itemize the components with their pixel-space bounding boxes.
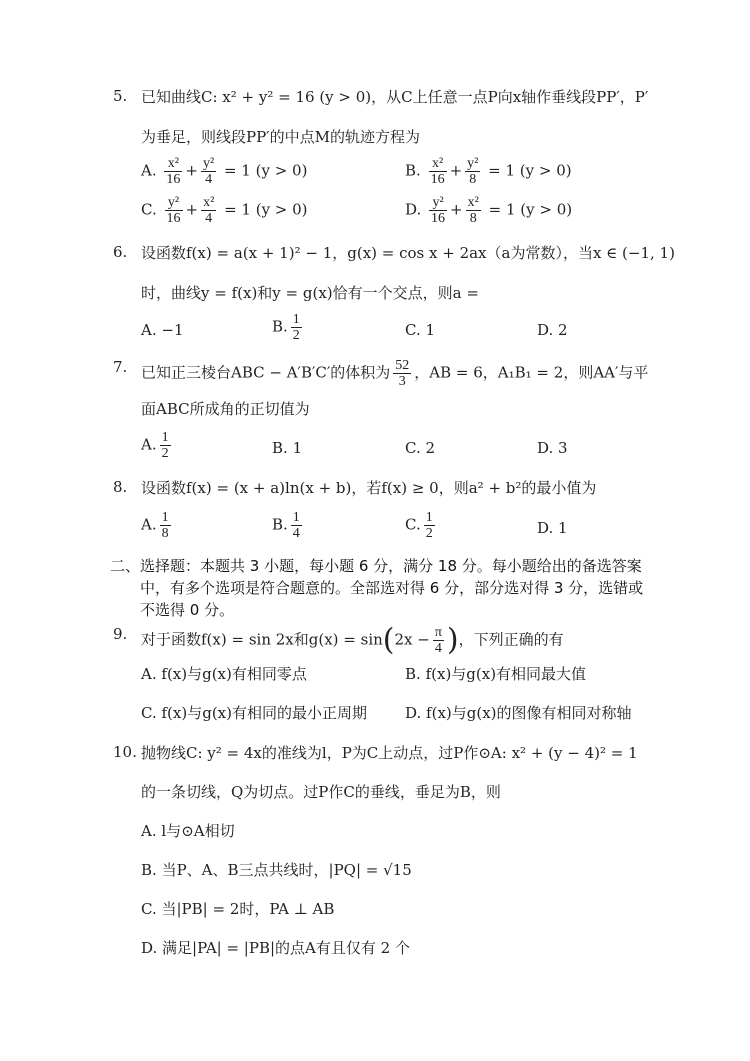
option-label: A. (141, 162, 157, 180)
question-number: 6. (113, 243, 127, 261)
fraction: y²16 (165, 195, 183, 226)
option-b: B. 当P、A、B三点共线时，|PQ| = √15 (141, 860, 412, 880)
section-line2: 中，有多个选项是符合题意的。全部选对得 6 分，部分选对得 3 分，选错或 (110, 577, 650, 599)
option-b: B. f(x)与g(x)有相同最大值 (405, 664, 586, 684)
fraction: x²8 (466, 195, 481, 226)
question-number: 7. (113, 358, 127, 376)
fraction: y²4 (201, 156, 216, 187)
fraction: x²16 (429, 156, 447, 187)
fraction: 12 (291, 312, 302, 343)
fraction: π4 (433, 625, 444, 656)
option-tail: = 1 (y > 0) (224, 201, 307, 219)
option-c: C. 2 (405, 438, 435, 458)
option-a: A. l与⊙A相切 (141, 821, 235, 841)
option-a: A.12 (141, 430, 174, 461)
option-a: A. f(x)与g(x)有相同零点 (141, 664, 307, 684)
option-c: C.12 (405, 510, 438, 541)
option-b: B.12 (272, 312, 305, 343)
question-number: 10. (113, 743, 137, 761)
fraction: 14 (291, 510, 302, 541)
fraction: x²4 (201, 195, 216, 226)
question-stem-line2: 时，曲线y = f(x)和y = g(x)恰有一个交点，则a = (141, 283, 479, 303)
option-label: C. (141, 201, 157, 219)
option-b: B. x²16+y²8 = 1 (y > 0) (405, 156, 572, 187)
option-d: D. f(x)与g(x)的图像有相同对称轴 (405, 703, 632, 723)
option-c: C. 1 (405, 320, 435, 340)
option-tail: = 1 (y > 0) (224, 162, 307, 180)
option-b: B.14 (272, 510, 305, 541)
fraction: 12 (160, 430, 171, 461)
fraction: 523 (393, 358, 411, 389)
option-label: D. (405, 201, 421, 219)
question-number: 5. (113, 87, 127, 105)
question-stem-line1: 设函数f(x) = (x + a)ln(x + b)，若f(x) ≥ 0，则a²… (141, 478, 596, 498)
question-stem-line1: 设函数f(x) = a(x + 1)² − 1，g(x) = cos x + 2… (141, 243, 675, 263)
option-d: D. y²16+x²8 = 1 (y > 0) (405, 195, 572, 226)
fraction: y²8 (465, 156, 480, 187)
question-stem-line2: 为垂足，则线段PP′的中点M的轨迹方程为 (141, 127, 420, 147)
question-stem-line1: 抛物线C: y² = 4x的准线为l，P为C上动点，过P作⊙A: x² + (y… (141, 743, 638, 763)
option-c: C. f(x)与g(x)有相同的最小正周期 (141, 703, 367, 723)
option-c: C. y²16+x²4 = 1 (y > 0) (141, 195, 308, 226)
question-stem-line2: 面ABC所成角的正切值为 (141, 399, 310, 419)
fraction: 18 (160, 510, 171, 541)
fraction: y²16 (429, 195, 447, 226)
question-stem-line2: 的一条切线，Q为切点。过P作C的垂线，垂足为B，则 (141, 782, 501, 802)
fraction: 12 (424, 510, 435, 541)
question-stem-line1: 已知曲线C: x² + y² = 16 (y > 0)，从C上任意一点P向x轴作… (141, 87, 648, 107)
option-a: A. −1 (141, 320, 184, 340)
option-tail: = 1 (y > 0) (489, 201, 572, 219)
option-d: D. 满足|PA| = |PB|的点A有且仅有 2 个 (141, 938, 410, 958)
question-number: 8. (113, 478, 127, 496)
option-b: B. 1 (272, 438, 302, 458)
option-c: C. 当|PB| = 2时，PA ⊥ AB (141, 899, 334, 919)
option-a: A.18 (141, 510, 174, 541)
section-heading: 二、选择题：本题共 3 小题，每小题 6 分，满分 18 分。每小题给出的备选答… (110, 555, 650, 621)
section-line1: 二、选择题：本题共 3 小题，每小题 6 分，满分 18 分。每小题给出的备选答… (110, 557, 642, 575)
section-line3: 不选得 0 分。 (110, 599, 650, 621)
option-tail: = 1 (y > 0) (488, 162, 571, 180)
option-d: D. 2 (537, 320, 568, 340)
fraction: x²16 (164, 156, 182, 187)
question-stem-line1: 对于函数f(x) = sin 2x和g(x) = sin(2x −π4)，下列正… (141, 625, 564, 656)
option-a: A. x²16+y²4 = 1 (y > 0) (141, 156, 307, 187)
option-d: D. 3 (537, 438, 568, 458)
question-number: 9. (113, 625, 127, 643)
option-label: B. (405, 162, 421, 180)
option-d: D. 1 (537, 518, 568, 538)
question-stem-line1: 已知正三棱台ABC − A′B′C′的体积为523，AB = 6，A₁B₁ = … (141, 358, 648, 389)
